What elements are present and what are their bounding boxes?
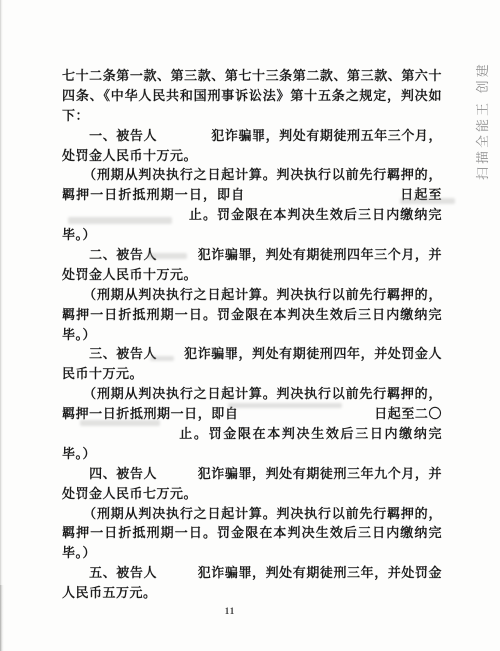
text-line: 处罚金人民币十万元。 [62,265,442,285]
camscanner-watermark: 扫描全能王 创建 [472,8,490,180]
text-line: 二、被告人 犯诈骗罪，判处有期徒刑四年三个月，并 [62,245,442,265]
text-line: 毕。） [62,543,442,563]
judgment-text-block: 七十二条第一款、第三款、第七十三条第二款、第三款、第六十四条、《中华人民共和国刑… [62,66,442,603]
text-line: 五、被告人 犯诈骗罪，判处有期徒刑三年，并处罚金 [62,563,442,583]
text-line: 羁押一日折抵刑期一日。罚金限在本判决生效后三日内缴纳完 [62,523,442,543]
redaction-smudge [400,198,455,204]
redaction-smudge [147,253,187,259]
redaction-smudge [80,420,160,426]
document-page: 七十二条第一款、第三款、第七十三条第二款、第三款、第六十四条、《中华人民共和国刑… [0,0,500,651]
text-line: 毕。） [62,325,442,345]
text-line: 四条、《中华人民共和国刑事诉讼法》第十五条之规定，判决如 [62,86,442,106]
text-line: 处罚金人民币七万元。 [62,484,442,504]
text-line: （刑期从判决执行之日起计算。判决执行以前先行羁押的， [62,504,442,524]
text-line: 毕。） [62,444,442,464]
text-line: 民币十万元。 [62,364,442,384]
text-line: 一、被告人 犯诈骗罪，判处有期徒刑五年三个月，并 [62,126,442,146]
redaction-smudge [150,356,174,361]
text-line: 处罚金人民币十万元。 [62,146,442,166]
text-line: （刑期从判决执行之日起计算。判决执行以前先行羁押的， [62,384,442,404]
text-line: 止。罚金限在本判决生效后三日内缴纳完 [62,424,442,444]
text-line: 四、被告人 犯诈骗罪，判处有期徒刑三年九个月，并 [62,464,442,484]
text-line: 三、被告人 犯诈骗罪，判处有期徒刑四年，并处罚金人 [62,344,442,364]
text-line: 毕。） [62,225,442,245]
text-line: 羁押一日折抵刑期一日，即自 日起至 [62,185,442,205]
redaction-smudge [68,217,172,224]
text-line: （刑期从判决执行之日起计算。判决执行以前先行羁押的， [62,165,442,185]
text-line: 下： [62,106,442,126]
scan-edge-artifact [0,585,4,651]
text-line: 羁押一日折抵刑期一日。罚金限在本判决生效后三日内缴纳完 [62,305,442,325]
scan-edge-artifact [0,0,3,651]
page-number: 11 [210,606,250,616]
text-line: 七十二条第一款、第三款、第七十三条第二款、第三款、第六十 [62,66,442,86]
text-line: 人民币五万元。 [62,583,442,603]
text-line: （刑期从判决执行之日起计算。判决执行以前先行羁押的， [62,285,442,305]
redaction-smudge [228,403,342,408]
